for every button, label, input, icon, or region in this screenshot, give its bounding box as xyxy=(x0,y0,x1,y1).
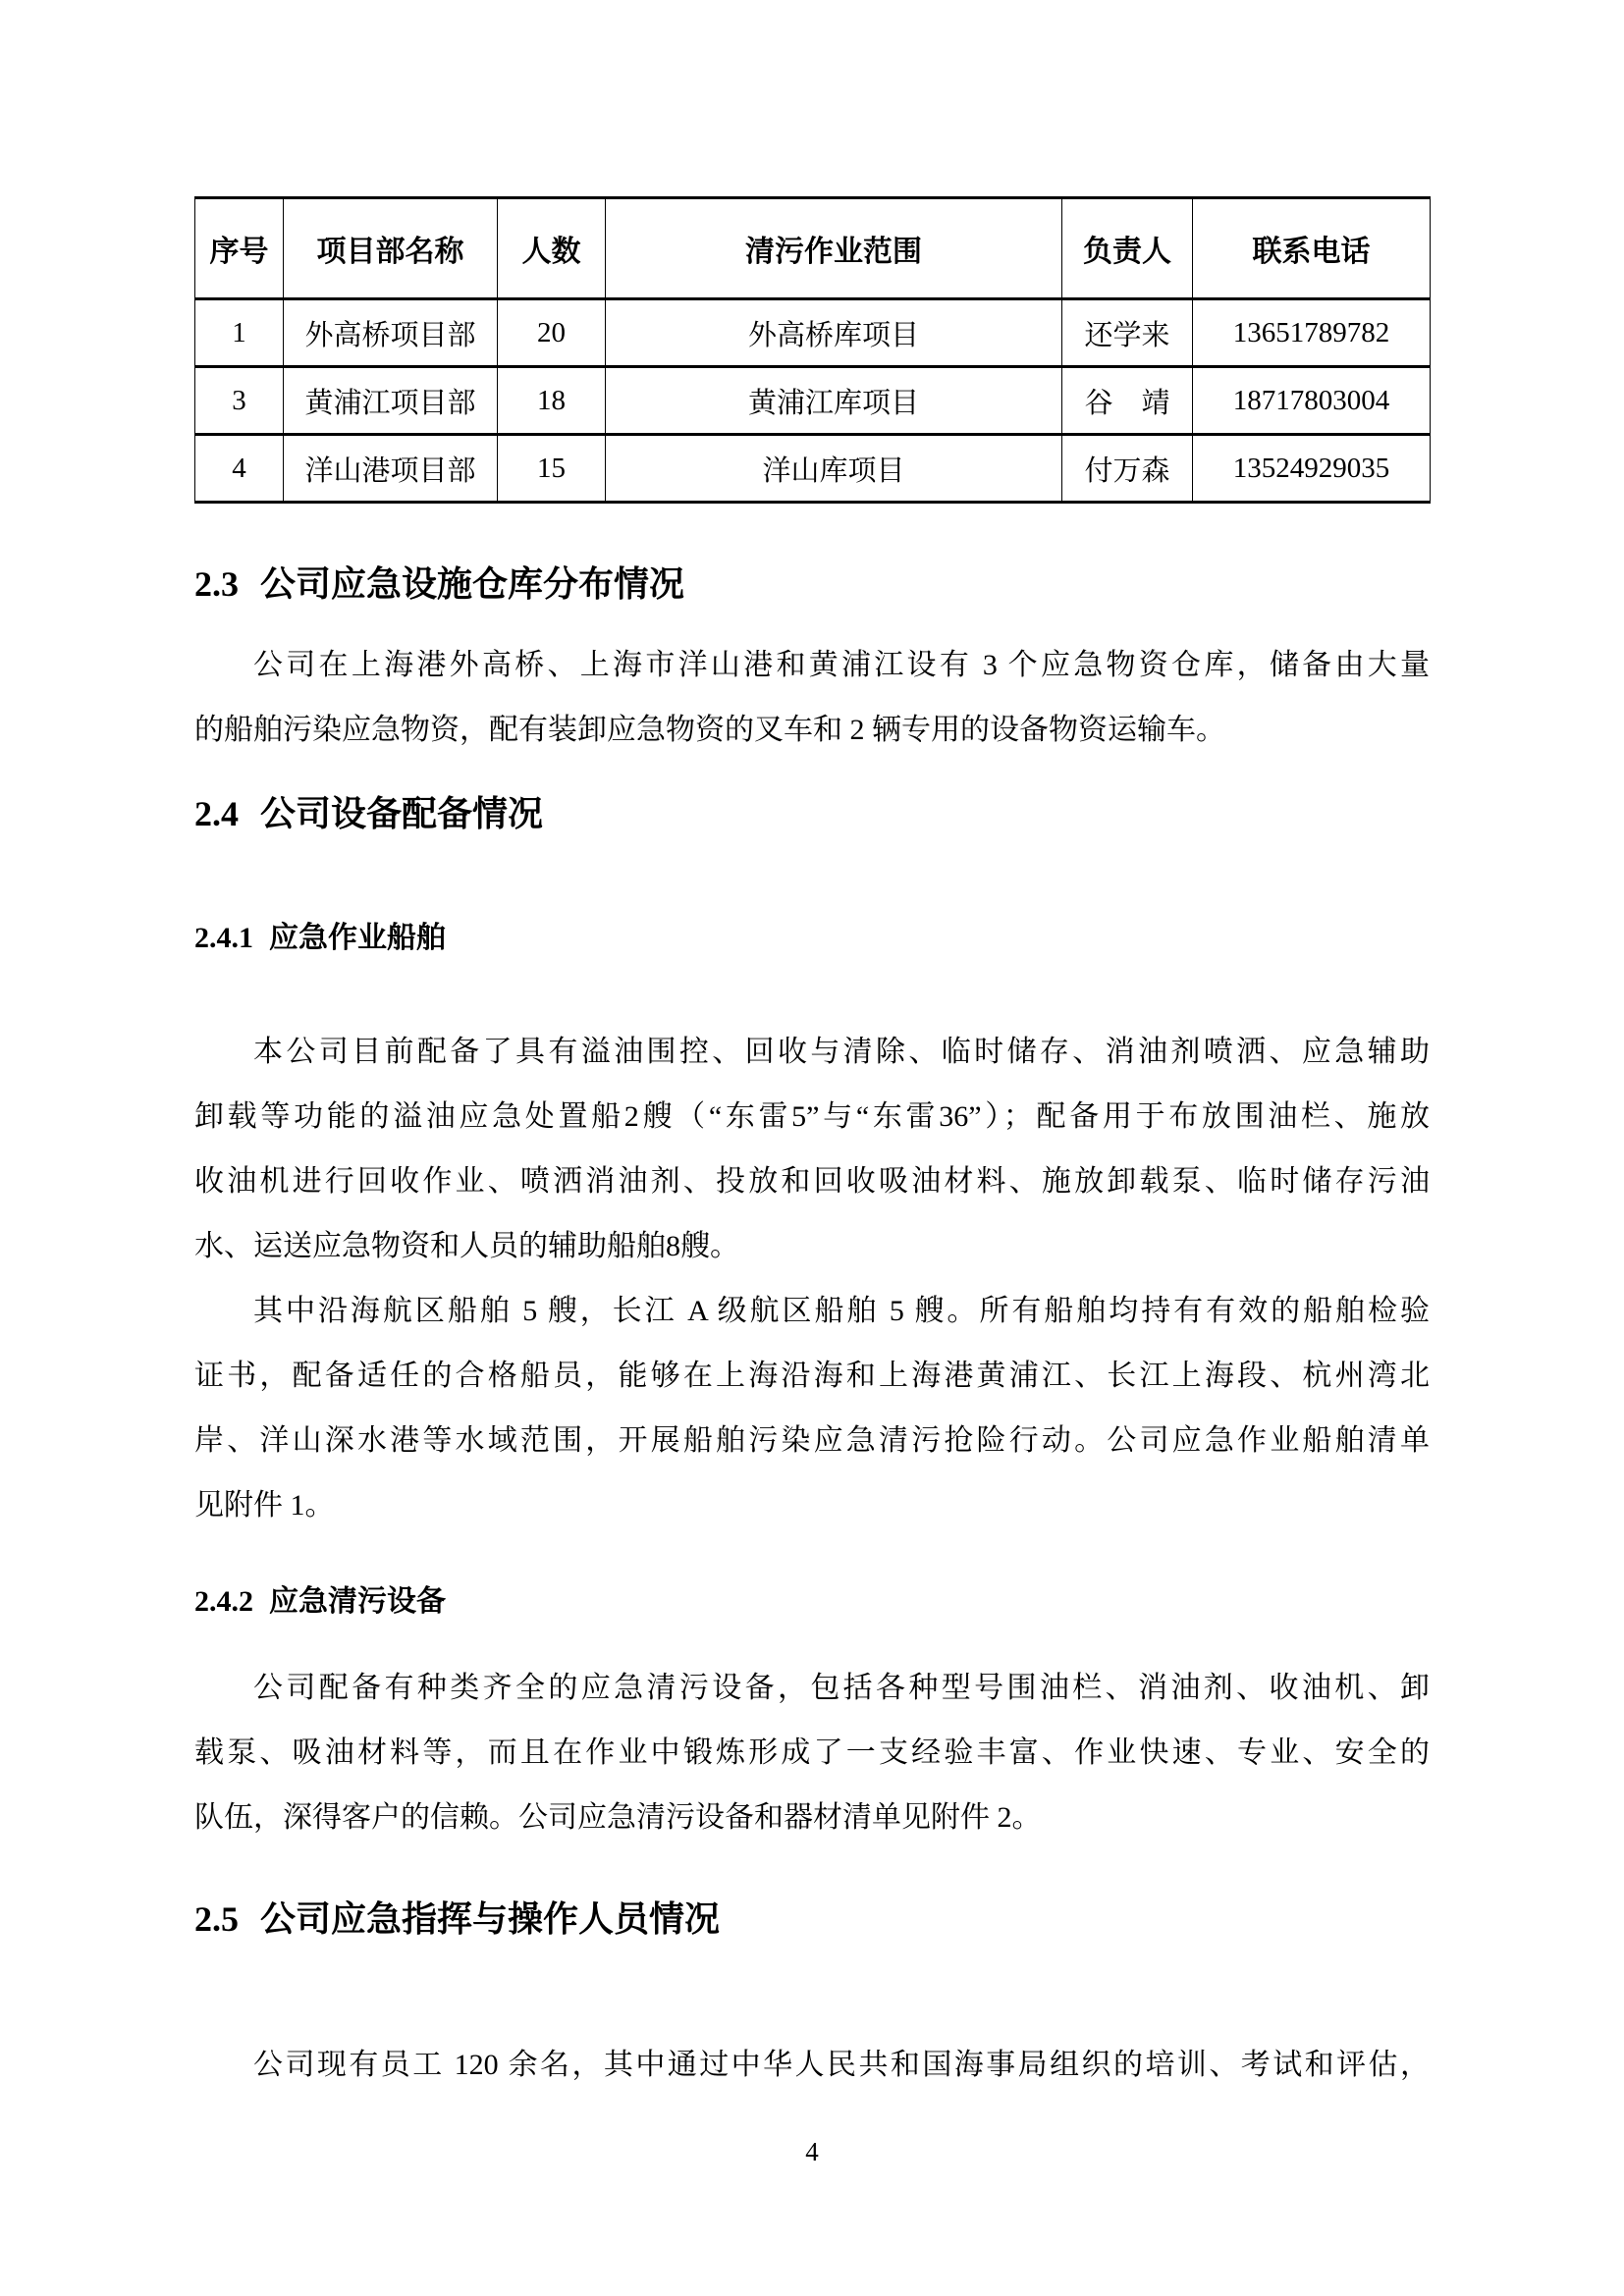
paragraph-line: 岸、洋山深水港等水域范围，开展船舶污染应急清污抢险行动。公司应急作业船舶清单 xyxy=(194,1409,1430,1473)
section-2-4-1-paragraph-2: 其中沿海航区船舶 5 艘，长江 A 级航区船舶 5 艘。所有船舶均持有有效的船舶… xyxy=(194,1279,1430,1538)
paragraph-line: 见附件 1。 xyxy=(194,1473,1430,1538)
table-cell: 还学来 xyxy=(1062,299,1193,367)
table-header-cell: 项目部名称 xyxy=(284,198,498,299)
section-2-4-2-heading: 2.4.2应急清污设备 xyxy=(194,1581,1430,1623)
table-row: 1 外高桥项目部 20 外高桥库项目 还学来 13651789782 xyxy=(195,299,1431,367)
section-title: 公司设备配备情况 xyxy=(260,793,543,833)
page-number: 4 xyxy=(194,2137,1430,2167)
document-content: 序号 项目部名称 人数 清污作业范围 负责人 联系电话 1 外高桥项目部 20 … xyxy=(194,196,1430,2167)
table-cell: 13651789782 xyxy=(1193,299,1431,367)
table-cell: 18 xyxy=(498,367,606,435)
table-header-cell: 清污作业范围 xyxy=(606,198,1062,299)
table-header-cell: 联系电话 xyxy=(1193,198,1431,299)
paragraph-line: 载泵、吸油材料等，而且在作业中锻炼形成了一支经验丰富、作业快速、专业、安全的 xyxy=(194,1721,1430,1786)
paragraph-line: 本公司目前配备了具有溢油围控、回收与清除、临时储存、消油剂喷洒、应急辅助 xyxy=(194,1020,1430,1085)
table-cell: 洋山库项目 xyxy=(606,435,1062,503)
section-number: 2.4 xyxy=(194,794,239,833)
section-2-4-1-paragraph-1: 本公司目前配备了具有溢油围控、回收与清除、临时储存、消油剂喷洒、应急辅助 卸载等… xyxy=(194,1020,1430,1279)
table-cell: 外高桥项目部 xyxy=(284,299,498,367)
table-cell: 4 xyxy=(195,435,284,503)
section-2-4-2-paragraph: 公司配备有种类齐全的应急清污设备，包括各种型号围油栏、消油剂、收油机、卸 载泵、… xyxy=(194,1656,1430,1850)
section-2-5-paragraph: 公司现有员工 120 余名，其中通过中华人民共和国海事局组织的培训、考试和评估， xyxy=(194,2033,1430,2098)
table-header-row: 序号 项目部名称 人数 清污作业范围 负责人 联系电话 xyxy=(195,198,1431,299)
section-number: 2.5 xyxy=(194,1899,239,1939)
section-number: 2.3 xyxy=(194,564,239,604)
table-cell: 付万森 xyxy=(1062,435,1193,503)
paragraph-line: 公司配备有种类齐全的应急清污设备，包括各种型号围油栏、消油剂、收油机、卸 xyxy=(194,1656,1430,1721)
table-cell: 15 xyxy=(498,435,606,503)
paragraph-line: 卸载等功能的溢油应急处置船2艘（“东雷5”与“东雷36”）；配备用于布放围油栏、… xyxy=(194,1085,1430,1149)
paragraph-line: 收油机进行回收作业、喷洒消油剂、投放和回收吸油材料、施放卸载泵、临时储存污油 xyxy=(194,1149,1430,1214)
paragraph-line: 其中沿海航区船舶 5 艘，长江 A 级航区船舶 5 艘。所有船舶均持有有效的船舶… xyxy=(194,1279,1430,1344)
section-title: 公司应急指挥与操作人员情况 xyxy=(260,1898,720,1939)
paragraph-line: 公司现有员工 120 余名，其中通过中华人民共和国海事局组织的培训、考试和评估， xyxy=(194,2033,1430,2098)
paragraph-line: 的船舶污染应急物资，配有装卸应急物资的叉车和 2 辆专用的设备物资运输车。 xyxy=(194,698,1430,763)
document-page: 序号 项目部名称 人数 清污作业范围 负责人 联系电话 1 外高桥项目部 20 … xyxy=(0,0,1624,2296)
section-2-3-heading: 2.3公司应急设施仓库分布情况 xyxy=(194,561,1430,608)
section-title: 公司应急设施仓库分布情况 xyxy=(260,563,684,604)
table-cell: 13524929035 xyxy=(1193,435,1431,503)
paragraph-line: 水、运送应急物资和人员的辅助船舶8艘。 xyxy=(194,1214,1430,1279)
project-departments-table: 序号 项目部名称 人数 清污作业范围 负责人 联系电话 1 外高桥项目部 20 … xyxy=(194,196,1431,504)
table-cell: 黄浦江项目部 xyxy=(284,367,498,435)
section-number: 2.4.2 xyxy=(194,1585,253,1618)
paragraph-line: 证书，配备适任的合格船员，能够在上海沿海和上海港黄浦江、长江上海段、杭州湾北 xyxy=(194,1344,1430,1409)
table-row: 4 洋山港项目部 15 洋山库项目 付万森 13524929035 xyxy=(195,435,1431,503)
table-cell: 3 xyxy=(195,367,284,435)
table-header-cell: 人数 xyxy=(498,198,606,299)
section-title: 应急清污设备 xyxy=(269,1585,446,1618)
table-cell: 20 xyxy=(498,299,606,367)
section-2-5-heading: 2.5公司应急指挥与操作人员情况 xyxy=(194,1896,1430,1943)
table-cell: 1 xyxy=(195,299,284,367)
table-cell: 谷 靖 xyxy=(1062,367,1193,435)
table-header-cell: 负责人 xyxy=(1062,198,1193,299)
paragraph-line: 队伍，深得客户的信赖。公司应急清污设备和器材清单见附件 2。 xyxy=(194,1786,1430,1850)
section-title: 应急作业船舶 xyxy=(269,922,446,954)
section-2-4-1-heading: 2.4.1应急作业船舶 xyxy=(194,918,1430,959)
table-cell: 外高桥库项目 xyxy=(606,299,1062,367)
section-2-4-heading: 2.4公司设备配备情况 xyxy=(194,790,1430,837)
paragraph-line: 公司在上海港外高桥、上海市洋山港和黄浦江设有 3 个应急物资仓库，储备由大量 xyxy=(194,633,1430,698)
section-number: 2.4.1 xyxy=(194,922,253,954)
table-cell: 洋山港项目部 xyxy=(284,435,498,503)
table-cell: 18717803004 xyxy=(1193,367,1431,435)
table-header-cell: 序号 xyxy=(195,198,284,299)
section-2-3-paragraph: 公司在上海港外高桥、上海市洋山港和黄浦江设有 3 个应急物资仓库，储备由大量 的… xyxy=(194,633,1430,763)
table-cell: 黄浦江库项目 xyxy=(606,367,1062,435)
table-row: 3 黄浦江项目部 18 黄浦江库项目 谷 靖 18717803004 xyxy=(195,367,1431,435)
